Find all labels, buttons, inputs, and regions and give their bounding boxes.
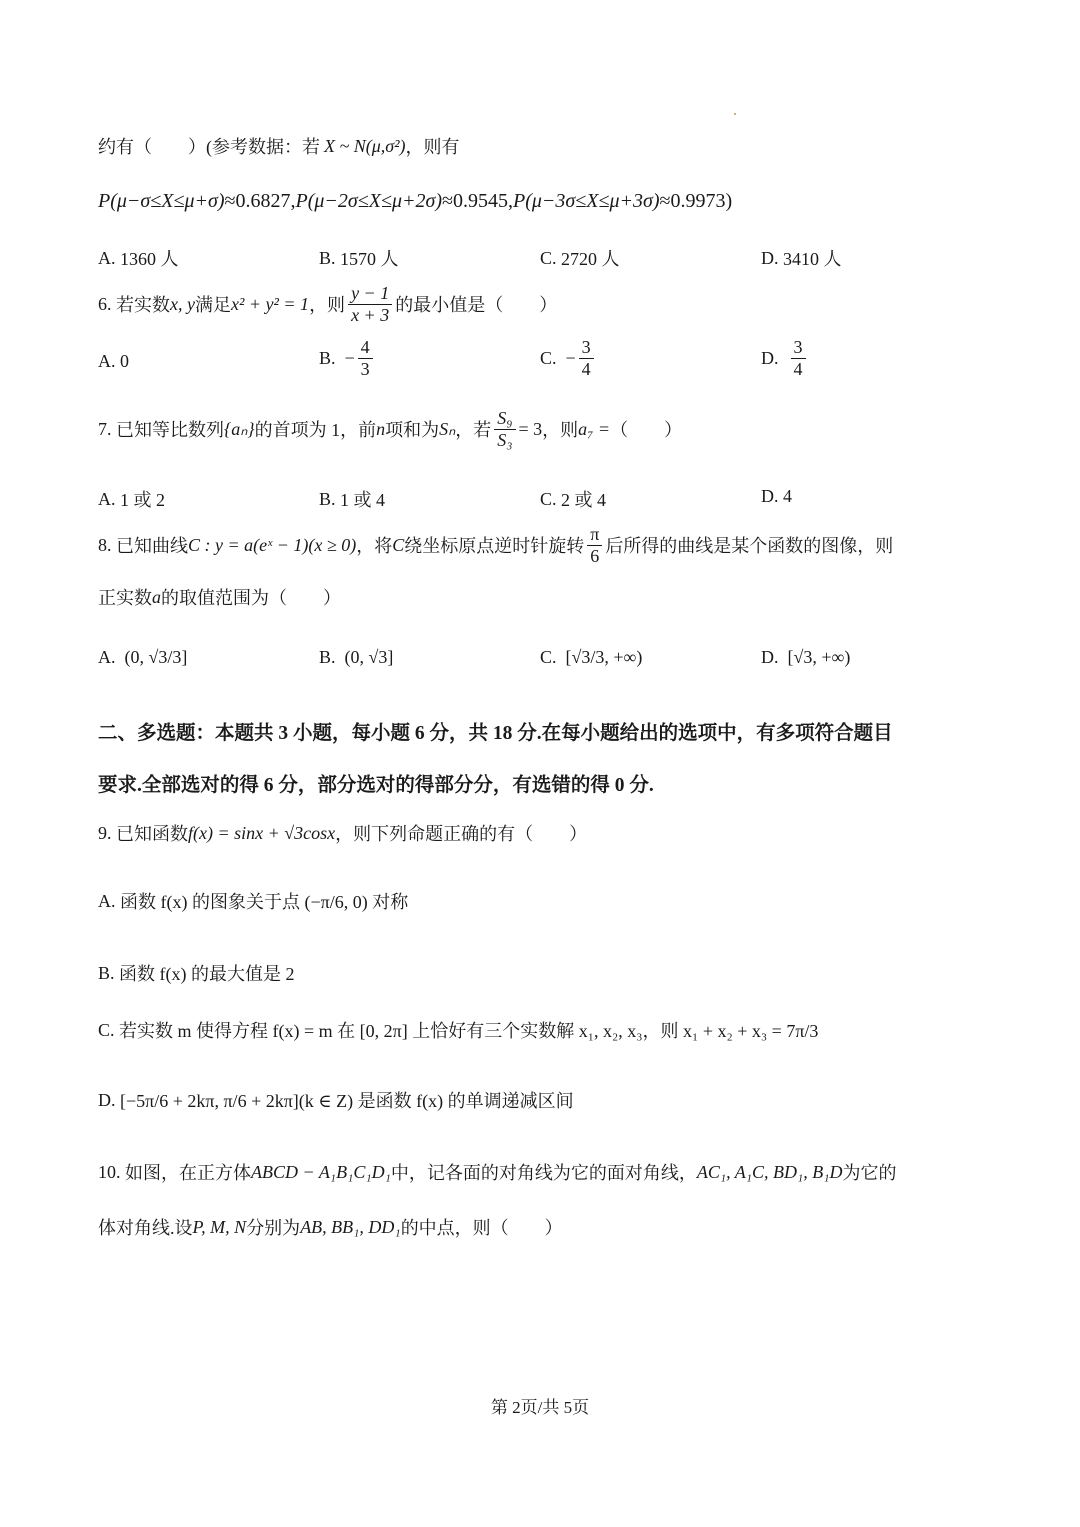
q5-text-end: ，则有 — [406, 133, 460, 159]
q8-option-c: C. [√3/3, +∞) — [540, 647, 642, 668]
q8-option-a: A. (0, √3/3] — [98, 647, 187, 668]
body-diagonals: AC₁, A₁C, BD₁, B₁D — [697, 1162, 843, 1183]
prob-expr-3: P(μ−3σ≤X≤μ+3σ) — [513, 190, 660, 213]
ratio-fraction: S₉ S₃ — [494, 408, 515, 450]
prob-expr-2: P(μ−2σ≤X≤μ+2σ) — [296, 190, 443, 213]
q9-option-b: B. 函数 f(x) 的最大值是 2 — [98, 960, 295, 986]
variables: x, y — [170, 294, 195, 315]
q7-option-c: C. 2 或 4 — [540, 486, 606, 512]
q6-option-c: C. −34 — [540, 337, 597, 379]
question-number: 7. — [98, 419, 112, 440]
question-9: 9. 已知函数 f(x) = sinx + √3cosx ，则下列命题正确的有（… — [98, 820, 587, 846]
q8-option-d: D. [√3, +∞) — [761, 647, 850, 668]
question-8: 8. 已知曲线 C : y = a(eˣ − 1)(x ≥ 0) ，将 C 绕坐… — [98, 524, 893, 566]
question-7: 7. 已知等比数列 {aₙ} 的首项为 1，前 n 项和为 Sₙ ，若 S₉ S… — [98, 408, 682, 450]
question-number: 9. — [98, 823, 112, 844]
function-expr: f(x) = sinx + √3cosx — [188, 823, 335, 844]
prob-expr-1: P(μ−σ≤X≤μ+σ) — [98, 190, 225, 213]
section-2-heading: 二、多选题：本题共 3 小题，每小题 6 分，共 18 分.在每小题给出的选项中… — [98, 717, 893, 745]
prob-value-3: ≈0.9973 — [660, 190, 726, 213]
q9-option-c: C. 若实数 m 使得方程 f(x) = m 在 [0, 2π] 上恰好有三个实… — [98, 1017, 818, 1043]
question-number: 8. — [98, 535, 112, 556]
q5-option-b: B. 1570 人 — [319, 245, 399, 271]
sequence-expr: {aₙ} — [224, 419, 255, 440]
condition-expr: x² + y² = 1 — [231, 294, 309, 315]
q8-option-b: B. (0, √3] — [319, 647, 393, 668]
q9-option-d: D. [−5π/6 + 2kπ, π/6 + 2kπ](k ∈ Z) 是函数 f… — [98, 1087, 574, 1113]
q6-option-b: B. −43 — [319, 337, 376, 379]
prob-value-2: ≈0.9545 — [442, 190, 508, 213]
target-fraction: y − 1 x + 3 — [348, 283, 392, 325]
page-number-footer: 第 2页/共 5页 — [0, 1393, 1080, 1418]
question-10: 10. 如图，在正方体 ABCD − A₁B₁C₁D₁ 中，记各面的对角线为它的… — [98, 1159, 897, 1185]
section-2-heading-line2: 要求.全部选对的得 6 分，部分选对的得部分分，有选错的得 0 分. — [98, 769, 654, 797]
q9-option-a: A. 函数 f(x) 的图象关于点 (−π/6, 0) 对称 — [98, 888, 408, 914]
prob-value-1: ≈0.6827 — [225, 190, 291, 213]
question-number: 10. — [98, 1162, 121, 1183]
rotation-angle: π 6 — [587, 524, 602, 566]
question-6: 6. 若实数 x, y 满足 x² + y² = 1 ，则 y − 1 x + … — [98, 283, 557, 325]
q5-continuation: 约有（ ）(参考数据：若 X ~ N(μ,σ²) ，则有 — [98, 133, 460, 159]
question-10-line2: 体对角线.设 P, M, N 分别为 AB, BB₁, DD₁ 的中点，则（ ） — [98, 1214, 563, 1240]
normal-dist-expr: X ~ N(μ,σ²) — [324, 136, 406, 157]
q7-option-d: D. 4 — [761, 486, 792, 507]
scan-artifact — [734, 113, 736, 115]
q7-option-b: B. 1 或 4 — [319, 486, 385, 512]
q6-option-a: A. 0 — [98, 351, 129, 372]
q5-option-a: A. 1360 人 — [98, 245, 179, 271]
q5-option-c: C. 2720 人 — [540, 245, 620, 271]
q5-text: 约有（ ）(参考数据：若 — [98, 133, 320, 159]
q7-option-a: A. 1 或 2 — [98, 486, 165, 512]
curve-expr: C : y = a(eˣ − 1)(x ≥ 0) — [188, 535, 356, 556]
q6-option-d: D. 34 — [761, 337, 809, 379]
q5-reference-probs: P(μ−σ≤X≤μ+σ) ≈0.6827, P(μ−2σ≤X≤μ+2σ) ≈0.… — [98, 190, 732, 213]
question-number: 6. — [98, 294, 112, 315]
cube-expr: ABCD − A₁B₁C₁D₁ — [251, 1162, 391, 1183]
question-8-line2: 正实数 a 的取值范围为（ ） — [98, 584, 341, 610]
q5-option-d: D. 3410 人 — [761, 245, 842, 271]
